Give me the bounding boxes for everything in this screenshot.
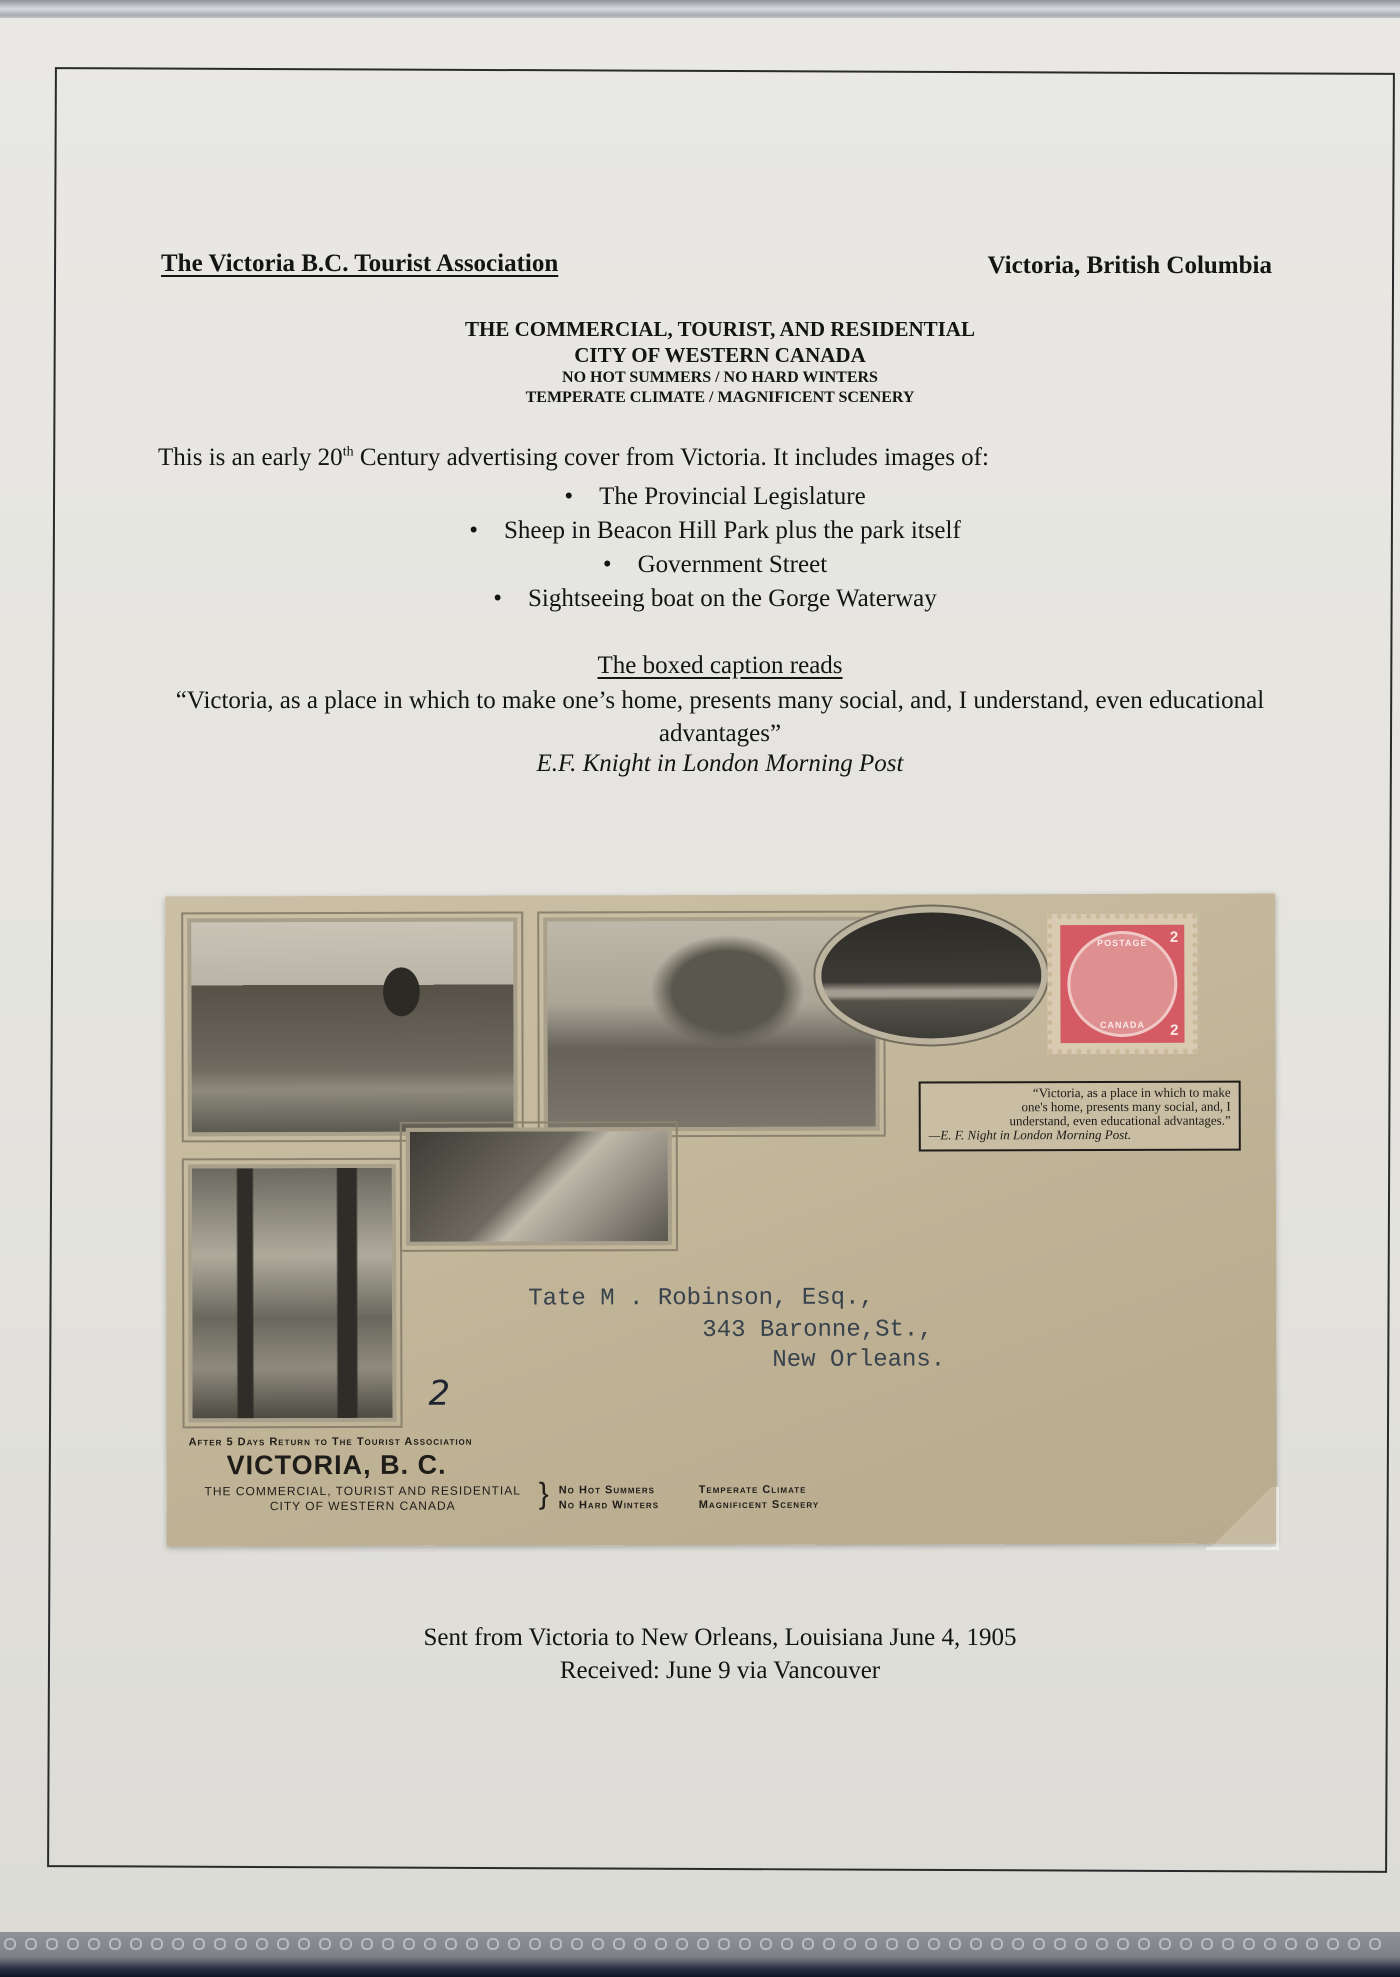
binder-holes [4,1938,1396,1952]
intro-paragraph: This is an early 20th Century advertisin… [158,444,989,472]
binder-hole [592,1938,604,1950]
stamp-label: POSTAGE [1070,938,1174,948]
binder-hole [1138,1938,1150,1950]
binder-hole [403,1938,415,1950]
pencil-note: 2 [428,1374,450,1414]
binder-hole [4,1938,16,1950]
binder-hole [634,1938,646,1950]
binder-hole [25,1938,37,1950]
caption-attribution: E.F. Knight in London Morning Post [0,750,1400,778]
address-line-2: 343 Baronne,St., [702,1316,933,1344]
binder-hole [655,1938,667,1950]
list-item: Sightseeing boat on the Gorge Waterway [0,582,1400,616]
binder-hole [1264,1938,1276,1950]
binder-hole [445,1938,457,1950]
advertising-cover: POSTAGE CANADA 2 2 “Victoria, as a place… [165,894,1277,1547]
imprint-climate-1: No Hot Summers No Hard Winters [559,1483,659,1513]
slogan-line-3: NO HOT SUMMERS / NO HARD WINTERS [0,368,1400,388]
address-line-1: Tate M . Robinson, Esq., [528,1285,874,1313]
binder-hole [172,1938,184,1950]
binder-hole [1285,1938,1297,1950]
binder-hole [1075,1938,1087,1950]
binder-hole [1117,1938,1129,1950]
binder-hole [907,1938,919,1950]
binder-hole [1201,1938,1213,1950]
park-photo [188,1164,397,1423]
binder-hole [1348,1938,1360,1950]
slogan-line-2: CITY OF WESTERN CANADA [0,342,1400,368]
binder-hole [949,1938,961,1950]
imprint-climate-line: Temperate Climate [699,1483,820,1498]
legislature-photo [187,918,518,1137]
binder-hole [151,1938,163,1950]
binder-hole [550,1938,562,1950]
intro-superscript: th [343,445,354,460]
binder-hole [361,1938,373,1950]
location-title: Victoria, British Columbia [988,252,1273,280]
binder-hole [844,1938,856,1950]
imprint-climate-line: Magnificent Scenery [699,1498,820,1513]
binder-hole [88,1938,100,1950]
slogan-sub: NO HOT SUMMERS / NO HARD WINTERS TEMPERA… [0,368,1400,408]
photo-corner-mount [1206,1487,1279,1550]
postal-history-received: Received: June 9 via Vancouver [0,1657,1400,1685]
return-instruction: After 5 Days Return to The Tourist Assoc… [189,1436,473,1449]
list-item: The Provincial Legislature [0,480,1400,514]
binder-hole [697,1938,709,1950]
imprint-climate-line: No Hard Winters [559,1498,659,1513]
binder-hole [571,1938,583,1950]
binder-hole [991,1938,1003,1950]
caption-heading: The boxed caption reads [0,652,1400,680]
binder-hole [823,1938,835,1950]
images-list: The Provincial Legislature Sheep in Beac… [0,480,1400,616]
binder-hole [193,1938,205,1950]
stamp-denomination: 2 [1170,929,1178,946]
binder-hole [1327,1938,1339,1950]
binder-hole [382,1938,394,1950]
binder-hole [466,1938,478,1950]
binder-hole [802,1938,814,1950]
binder-hole [676,1938,688,1950]
binder-hole [1222,1938,1234,1950]
binder-hole [235,1938,247,1950]
binder-hole [487,1938,499,1950]
binder-hole [739,1938,751,1950]
binder-hole [130,1938,142,1950]
binder-hole [277,1938,289,1950]
binder-hole [67,1938,79,1950]
imprint-climate-line: No Hot Summers [559,1483,659,1498]
slogan-main: THE COMMERCIAL, TOURIST, AND RESIDENTIAL… [0,316,1400,368]
boxed-caption: “Victoria, as a place in which to make o… [919,1081,1241,1152]
stamp-denomination: 2 [1170,1022,1178,1039]
binder-hole [1096,1938,1108,1950]
binder-hole [424,1938,436,1950]
binder-hole [781,1938,793,1950]
imprint-desc-line: THE COMMERCIAL, TOURIST AND RESIDENTIAL [189,1483,537,1499]
binder-hole [298,1938,310,1950]
binder-hole [886,1938,898,1950]
intro-suffix: Century advertising cover from Victoria.… [354,444,989,471]
binder-hole [508,1938,520,1950]
binder-hole [1243,1938,1255,1950]
binder-hole [760,1938,772,1950]
binder-hole [1369,1938,1381,1950]
binder-hole [319,1938,331,1950]
binder-hole [928,1938,940,1950]
binder-hole [214,1938,226,1950]
slogan-line-4: TEMPERATE CLIMATE / MAGNIFICENT SCENERY [0,388,1400,408]
brace-icon: } [539,1479,549,1509]
imprint-desc-line: CITY OF WESTERN CANADA [189,1498,537,1514]
binder-hole [256,1938,268,1950]
binder-hole [46,1938,58,1950]
slogan-line-1: THE COMMERCIAL, TOURIST, AND RESIDENTIAL [0,316,1400,342]
binder-hole [718,1938,730,1950]
boxed-caption-attribution: —E. F. Night in London Morning Post. [929,1128,1231,1143]
stamp-portrait-oval: POSTAGE CANADA [1067,931,1177,1037]
address-line-3: New Orleans. [772,1346,945,1373]
imprint-description: THE COMMERCIAL, TOURIST AND RESIDENTIAL … [189,1483,537,1514]
caption-quote: “Victoria, as a place in which to make o… [150,684,1290,750]
binder-hole [109,1938,121,1950]
imprint-city: VICTORIA, B. C. [227,1450,447,1482]
binder-hole [1306,1938,1318,1950]
stamp-country: CANADA [1070,1020,1174,1030]
imprint-climate-2: Temperate Climate Magnificent Scenery [699,1483,820,1513]
binder-hole [865,1938,877,1950]
binder-hole [1033,1938,1045,1950]
binder-hole [1012,1938,1024,1950]
postage-stamp: POSTAGE CANADA 2 2 [1047,914,1197,1054]
binder-hole [970,1938,982,1950]
binder-hole [1180,1938,1192,1950]
binder-hole [1159,1938,1171,1950]
list-item: Sheep in Beacon Hill Park plus the park … [0,514,1400,548]
binder-hole [340,1938,352,1950]
binder-hole [613,1938,625,1950]
government-street-photo [406,1127,672,1246]
intro-prefix: This is an early 20 [158,444,343,471]
gorge-boat-photo [815,906,1047,1045]
binder-hole [1054,1938,1066,1950]
page-title: The Victoria B.C. Tourist Association [161,250,558,278]
postal-history-sent: Sent from Victoria to New Orleans, Louis… [0,1624,1400,1652]
list-item: Government Street [0,548,1400,582]
binder-hole [529,1938,541,1950]
stamp-face: POSTAGE CANADA 2 2 [1060,925,1184,1043]
